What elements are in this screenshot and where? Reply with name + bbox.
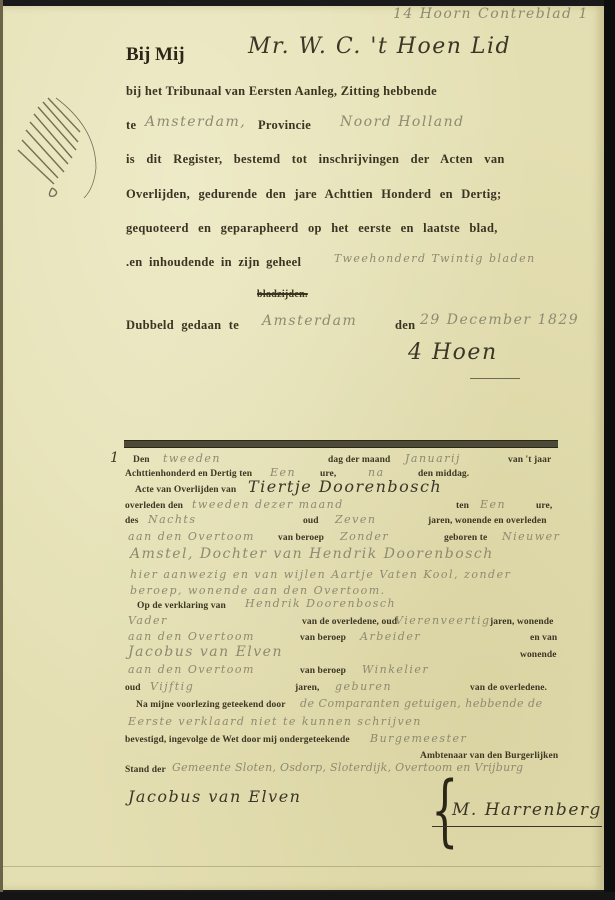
deed-line-11-end: jaren, wonende (490, 617, 554, 627)
cert-page-count: Tweehonderd Twintig bladen (334, 252, 536, 265)
cert-te: te (126, 118, 136, 133)
cert-line-6: .en inhoudende in zijn geheel (126, 255, 301, 270)
deed-month-label: dag der maand (328, 455, 390, 465)
deed-death-hour: Een (480, 498, 506, 511)
declarant-occupation: Arbeider (360, 630, 421, 643)
cert-line-4: Overlijden, gedurende den jare Achttien … (126, 187, 502, 202)
deed-day: tweeden (163, 452, 221, 465)
cert-line-3: is dit Register, bestemd tot inschrijvin… (126, 152, 505, 167)
deed-line-11: van de overledene, oud (302, 617, 397, 627)
deed-des: des (125, 516, 139, 526)
deed-signed-by-text: de Comparanten getuigen, hebbende de (300, 697, 543, 710)
struck-bladzijden: bladzijden. (257, 289, 308, 300)
deceased-age: Zeven (335, 513, 376, 526)
deed-number: 1 (110, 450, 120, 466)
deed-signed-by: Na mijne voorlezing geteekend door (136, 700, 286, 710)
witness-age: Vijftig (150, 680, 194, 693)
witness-occupation: Winkelier (362, 663, 429, 676)
deed-line-15-end: van de overledene. (470, 683, 547, 693)
cert-provincie: Provincie (258, 118, 311, 133)
done-den: den (395, 318, 415, 333)
official-signature-underline (432, 826, 602, 827)
official-name: Mr. W. C. 't Hoen Lid (248, 34, 511, 59)
done-prefix: Dubbeld gedaan te (126, 318, 239, 333)
witness-address: aan den Overtoom (128, 663, 255, 676)
deed-ambtenaar: Ambtenaar van den Burgerlijken (420, 751, 558, 761)
deed-line-3: Acte van Overlijden van (135, 485, 236, 495)
deed-oud-2: oud (125, 683, 141, 693)
deed-line-4: overleden den (125, 501, 183, 511)
book-edge-bottom (0, 892, 615, 900)
page-fold-line (3, 866, 601, 867)
margin-paraph-icon (8, 92, 103, 202)
bij-mij-heading: Bij Mij (126, 44, 185, 66)
deed-beroep-2: van beroep (300, 633, 346, 643)
deed-line-5-end: jaren, wonende en overleden (428, 516, 547, 526)
deed-beroep-3: van beroep (300, 666, 346, 676)
declarant-address: aan den Overtoom (128, 630, 255, 643)
official-signature: M. Harrenberg (452, 800, 602, 820)
deceased-address: aan den Overtoom (128, 530, 255, 543)
deed-en-van: en van (530, 633, 557, 643)
deed-mother-line: hier aanwezig en van wijlen Aartje Vaten… (130, 568, 511, 581)
declarant-label: Op de verklaring van (137, 601, 226, 611)
section-divider-rule (124, 440, 558, 448)
deed-den: Den (133, 455, 150, 465)
declarant-name: Hendrik Doorenbosch (245, 597, 396, 610)
deceased-name: Tiertje Doorenbosch (248, 477, 442, 496)
birth-place: Nieuwer (502, 530, 560, 543)
declarant-relation: Vader (128, 614, 168, 627)
cert-line-1: bij het Tribunaal van Eersten Aanleg, Zi… (126, 84, 437, 99)
cert-line-5: gequoteerd en geparapheerd op het eerste… (126, 221, 498, 236)
deed-unable-to-write: Eerste verklaard niet te kunnen schrijve… (128, 715, 422, 728)
deed-stand-der: Stand der (125, 765, 166, 775)
municipality: Gemeente Sloten, Osdorp, Sloterdijk, Ove… (172, 761, 523, 774)
deed-month: Januarij (405, 452, 461, 465)
deed-confirmed: bevestigd, ingevolge de Wet door mij ond… (125, 735, 350, 745)
deed-geboren: geboren te (444, 533, 487, 543)
witness-relation: geburen (335, 680, 392, 693)
deed-year-label: van 't jaar (508, 455, 551, 465)
deed-jaren: jaren, (295, 683, 319, 693)
declarant-age: Vierenveertig (395, 614, 491, 627)
done-city: Amsterdam (262, 313, 357, 329)
official-title: Burgemeester (370, 732, 467, 745)
witness-signature: Jacobus van Elven (128, 787, 301, 806)
deed-residence-line: beroep, wonende aan den Overtoom. (130, 584, 386, 597)
done-date: 29 December 1829 (420, 312, 579, 328)
registrar-signature: 4 Hoen (408, 340, 498, 365)
deed-line-2: Achttienhonderd en Dertig ten (125, 469, 252, 479)
deed-nachts: Nachts (148, 513, 197, 526)
signature-underline (470, 378, 520, 379)
witness-name: Jacobus van Elven (128, 644, 283, 660)
deed-death-date: tweeden dezer maand (192, 498, 344, 511)
deed-ten: ten (456, 501, 469, 511)
deed-beroep: van beroep (278, 533, 324, 543)
deed-oud: oud (303, 516, 319, 526)
book-edge-right (604, 0, 615, 900)
cert-city: Amsterdam, (145, 114, 246, 130)
deed-wonende: wonende (520, 650, 557, 660)
deed-parents-line: Amstel, Dochter van Hendrik Doorenbosch (130, 546, 494, 562)
deed-ure-2: ure, (536, 501, 552, 511)
cert-province: Noord Holland (340, 114, 465, 130)
deceased-occupation: Zonder (340, 530, 389, 543)
margin-note: 14 Hoorn Contreblad 1 (393, 6, 589, 22)
